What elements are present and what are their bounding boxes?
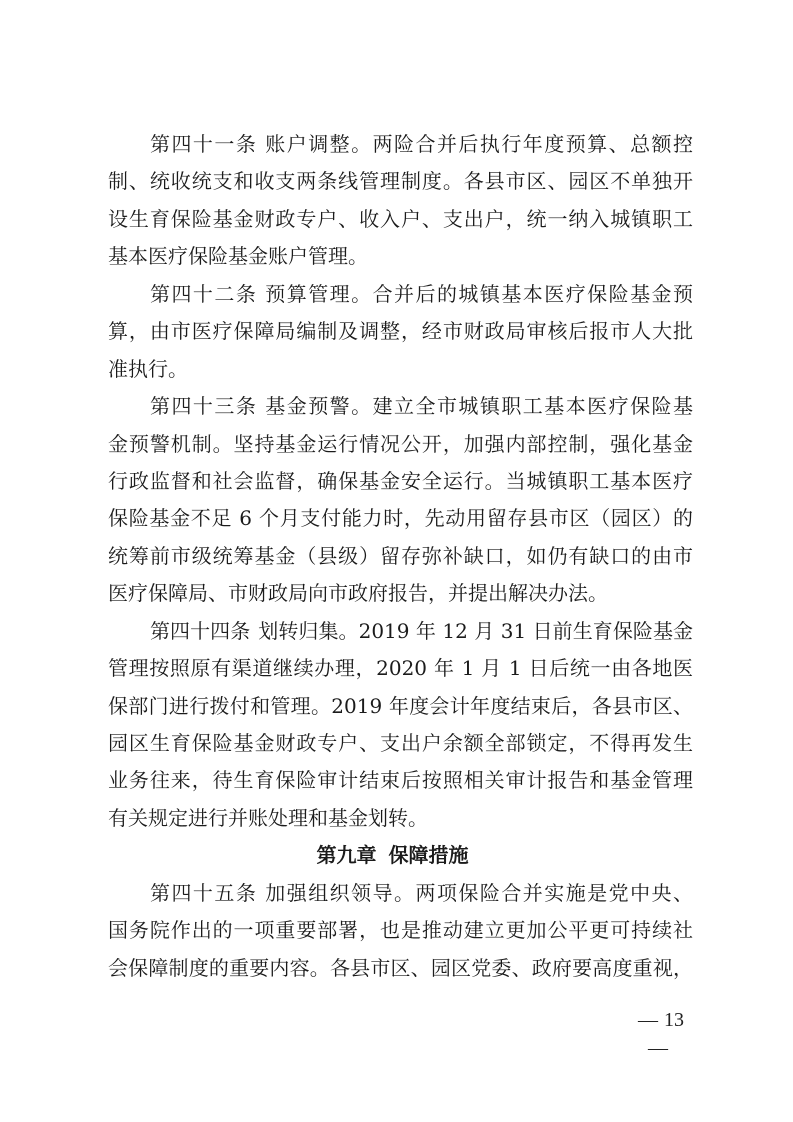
page-number: —13— [618, 1006, 698, 1062]
body-line: 保部门进行拨付和管理。2019 年度会计年度结束后，各县市区、 [108, 688, 693, 725]
chapter-number: 第九章 [317, 843, 377, 867]
chapter-title: 保障措施 [389, 843, 469, 867]
article-title: 加强组织领导。 [265, 881, 415, 905]
document-body: 第四十一条账户调整。两险合并后执行年度预算、总额控 制、统收统支和收支两条线管理… [108, 126, 693, 987]
article-text: 合并后的城镇基本医疗保险基金预 [373, 282, 693, 306]
body-line: 保险基金不足 6 个月支付能力时，先动用留存县市区（园区）的 [108, 500, 693, 537]
page-number-dash-right: — [648, 1034, 668, 1062]
article-number: 第四十五条 [150, 881, 257, 905]
body-line: 会保障制度的重要内容。各县市区、园区党委、政府要高度重视， [108, 950, 693, 987]
body-line: 管理按照原有渠道继续办理，2020 年 1 月 1 日后统一由各地医 [108, 650, 693, 687]
body-line: 行政监督和社会监督，确保基金安全运行。当城镇职工基本医疗 [108, 463, 693, 500]
body-line: 设生育保险基金财政专户、收入户、支出户，统一纳入城镇职工 [108, 201, 693, 238]
body-line: 基本医疗保险基金账户管理。 [108, 238, 693, 275]
article-number: 第四十一条 [150, 132, 257, 156]
article-title: 划转归集。 [258, 619, 358, 643]
article-42-line-1: 第四十二条预算管理。合并后的城镇基本医疗保险基金预 [108, 276, 693, 313]
body-line: 业务往来，待生育保险审计结束后按照相关审计报告和基金管理 [108, 762, 693, 799]
article-44-line-1: 第四十四条划转归集。2019 年 12 月 31 日前生育保险基金 [108, 613, 693, 650]
article-text: 两险合并后执行年度预算、总额控 [373, 132, 693, 156]
body-line: 算，由市医疗保障局编制及调整，经市财政局审核后报市人大批 [108, 313, 693, 350]
chapter-heading: 第九章保障措施 [108, 837, 693, 874]
article-title: 账户调整。 [265, 132, 372, 156]
body-line: 国务院作出的一项重要部署，也是推动建立更加公平更可持续社 [108, 912, 693, 949]
article-title: 基金预警。 [265, 394, 372, 418]
article-text: 两项保险合并实施是党中央、 [416, 881, 694, 905]
article-41-line-1: 第四十一条账户调整。两险合并后执行年度预算、总额控 [108, 126, 693, 163]
article-title: 预算管理。 [265, 282, 372, 306]
body-line: 统筹前市级统筹基金（县级）留存弥补缺口，如仍有缺口的由市 [108, 538, 693, 575]
article-number: 第四十四条 [150, 619, 250, 643]
article-text: 建立全市城镇职工基本医疗保险基 [373, 394, 693, 418]
body-line: 园区生育保险基金财政专户、支出户余额全部锁定，不得再发生 [108, 725, 693, 762]
body-line: 有关规定进行并账处理和基金划转。 [108, 800, 693, 837]
body-line: 金预警机制。坚持基金运行情况公开，加强内部控制，强化基金 [108, 426, 693, 463]
document-page: 第四十一条账户调整。两险合并后执行年度预算、总额控 制、统收统支和收支两条线管理… [0, 0, 793, 1122]
body-line: 制、统收统支和收支两条线管理制度。各县市区、园区不单独开 [108, 163, 693, 200]
page-number-dash-left: — [638, 1006, 658, 1034]
page-number-value: 13 [664, 1009, 684, 1031]
body-line: 医疗保障局、市财政局向市政府报告，并提出解决办法。 [108, 575, 693, 612]
article-text: 2019 年 12 月 31 日前生育保险基金 [359, 619, 693, 643]
body-line: 准执行。 [108, 351, 693, 388]
article-45-line-1: 第四十五条加强组织领导。两项保险合并实施是党中央、 [108, 875, 693, 912]
article-43-line-1: 第四十三条基金预警。建立全市城镇职工基本医疗保险基 [108, 388, 693, 425]
article-number: 第四十三条 [150, 394, 257, 418]
article-number: 第四十二条 [150, 282, 257, 306]
